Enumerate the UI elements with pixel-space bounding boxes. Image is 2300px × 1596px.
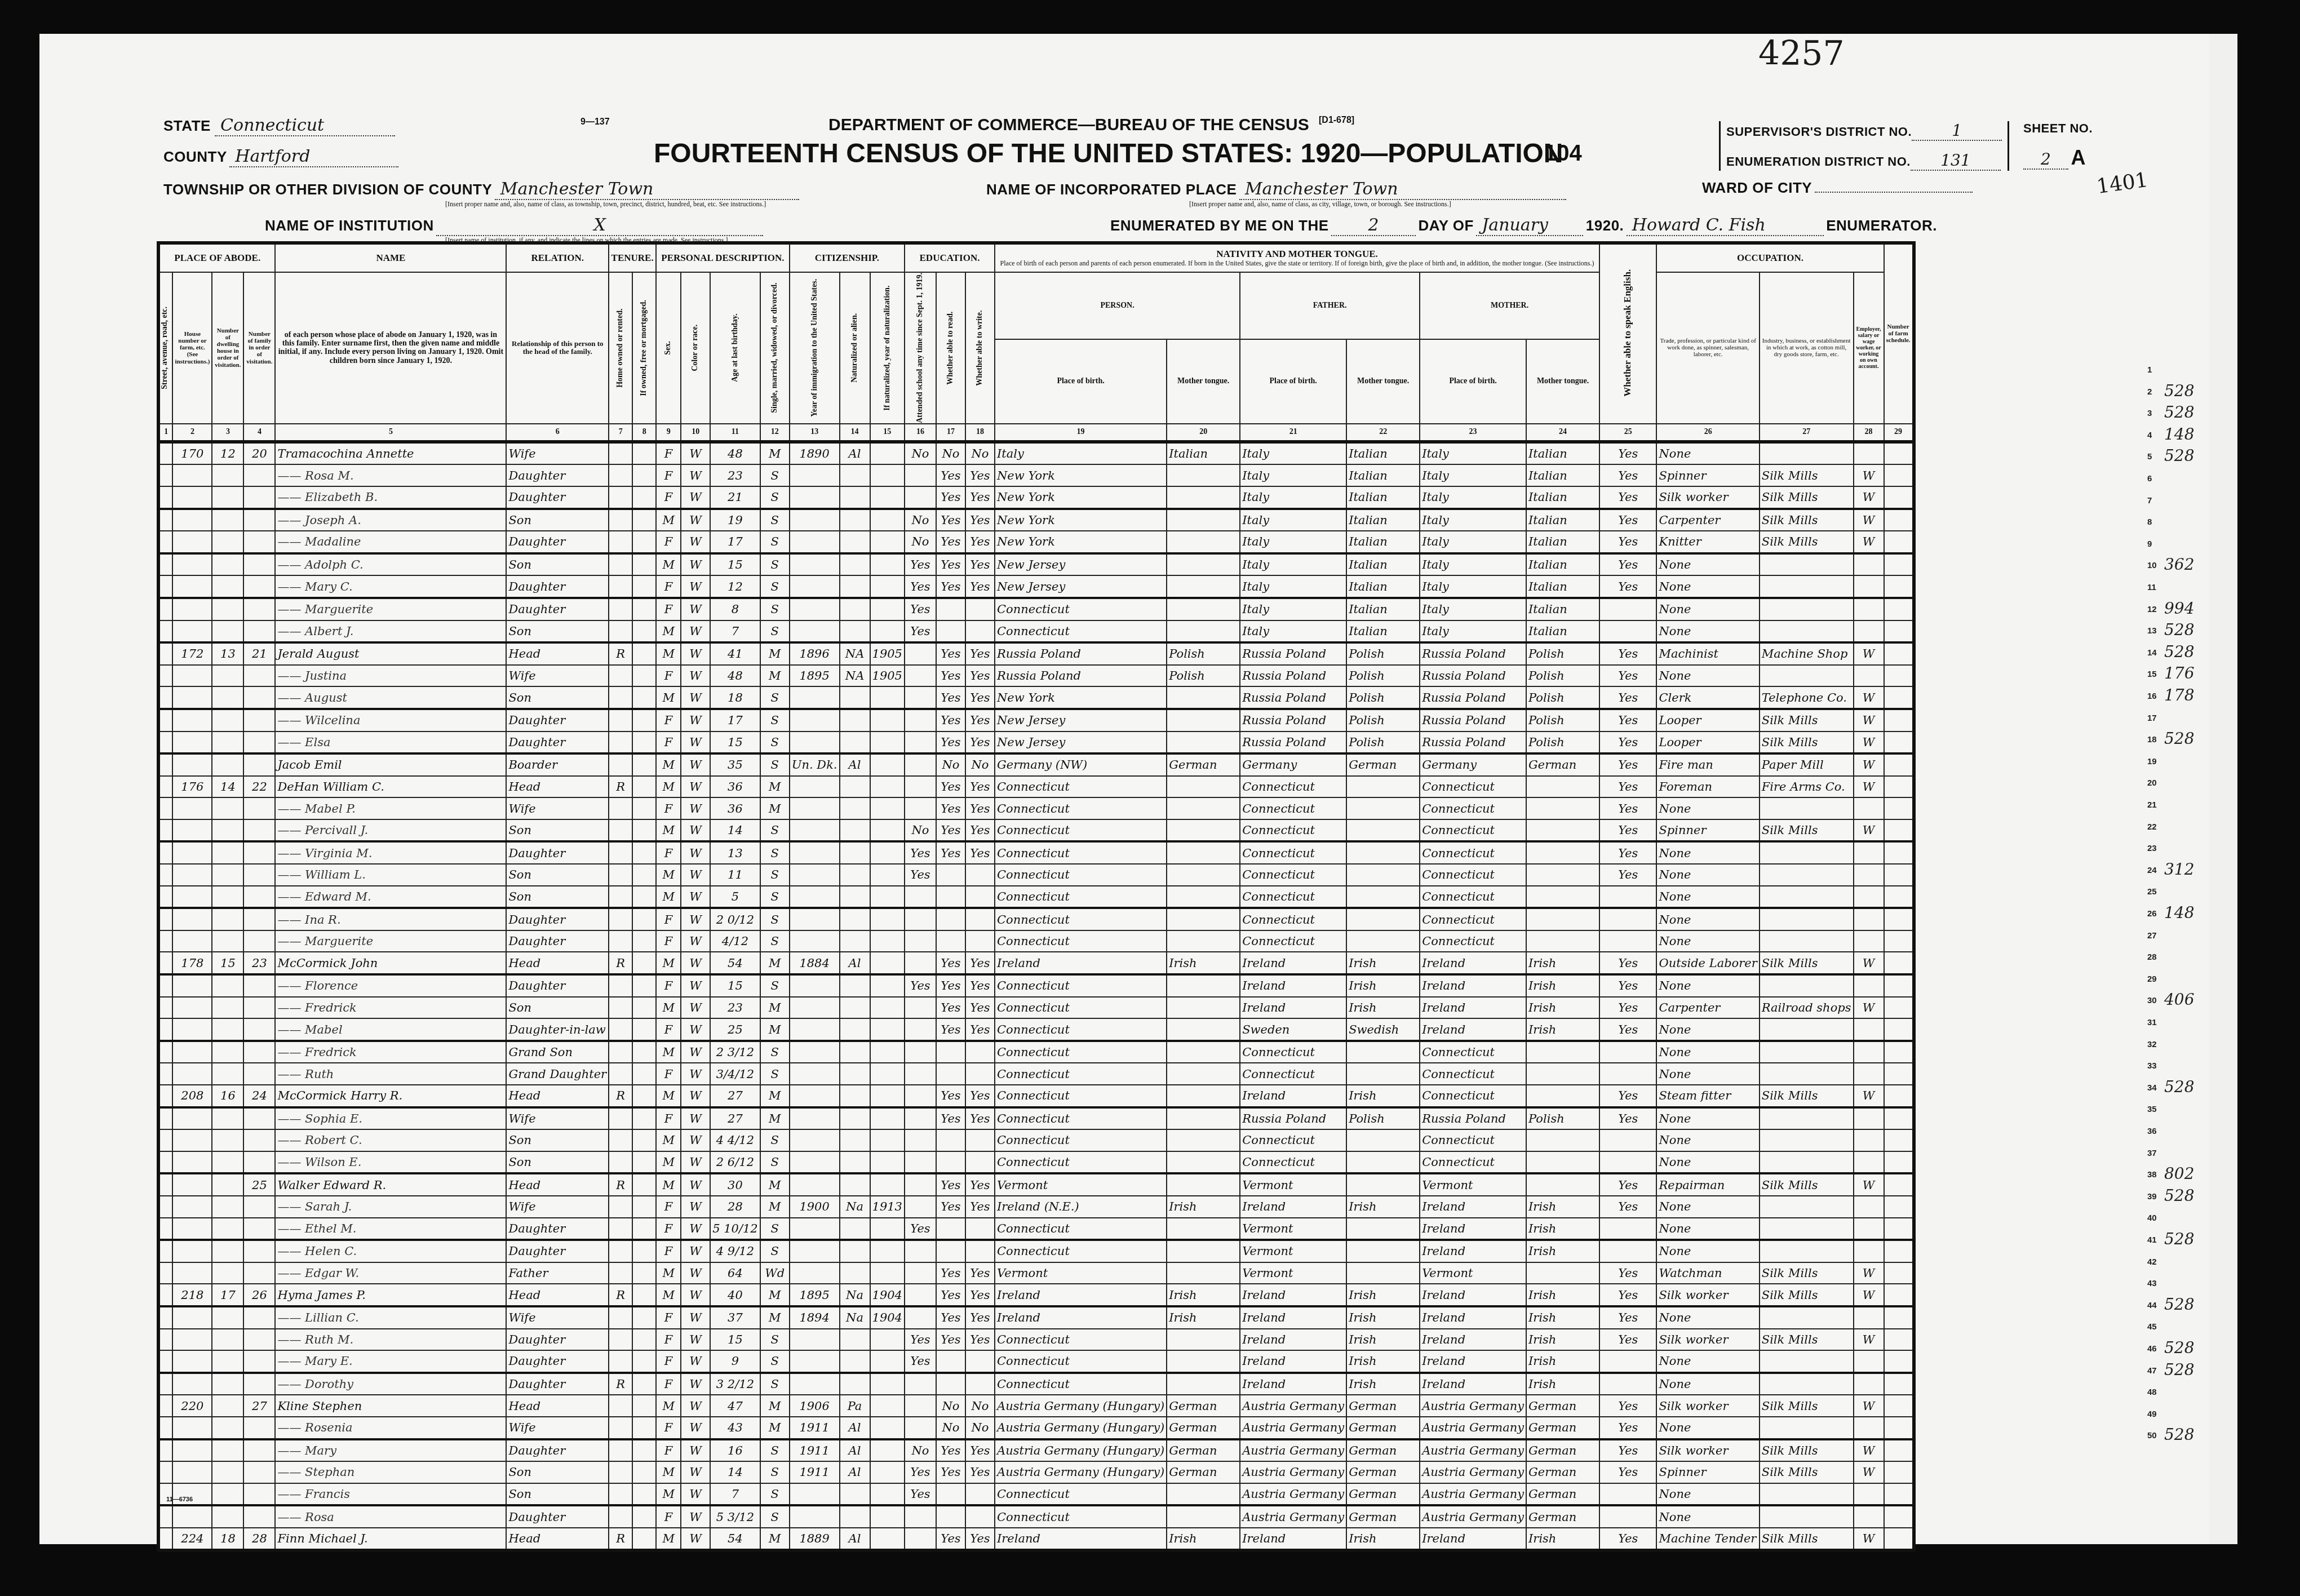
cell-race: W <box>681 1439 710 1462</box>
cell-nat <box>840 598 870 620</box>
cell-dwelling <box>212 732 243 754</box>
cell-read: Yes <box>936 1262 965 1284</box>
cell-house <box>172 686 212 709</box>
cell-f_pob: Austria Germany <box>1240 1461 1346 1483</box>
cell-mort <box>632 1129 656 1151</box>
cell-m_tongue: Irish <box>1526 1218 1599 1240</box>
cell-immig <box>790 1483 840 1506</box>
cell-natyr <box>870 732 905 754</box>
line-number: 36 <box>2147 1127 2157 1136</box>
col-1-header: Street, avenue, road, etc. <box>158 272 172 424</box>
cell-marital: S <box>760 1505 790 1528</box>
line-number: 47 <box>2147 1366 2157 1376</box>
cell-natyr <box>870 997 905 1019</box>
cell-tongue <box>1167 486 1240 509</box>
cell-name: —— Mary E. <box>275 1350 506 1373</box>
cell-read: Yes <box>936 1439 965 1462</box>
cell-pob: Russia Poland <box>995 665 1167 687</box>
cell-f_tongue: Italian <box>1346 553 1420 576</box>
cell-house <box>172 1439 212 1462</box>
census-row: —— Albert J.SonMW7SYesConnecticutItalyIt… <box>158 620 1914 643</box>
line-number: 45 <box>2147 1322 2157 1332</box>
cell-pob: New York <box>995 686 1167 709</box>
census-row: —— Sophia E.WifeFW27MYesYesConnecticutRu… <box>158 1107 1914 1130</box>
line-number: 43 <box>2147 1279 2157 1288</box>
cell-farm <box>1884 930 1914 952</box>
cell-class: W <box>1854 819 1884 842</box>
cell-english <box>1599 1129 1656 1151</box>
cell-school <box>905 642 936 665</box>
census-row: —— Ina R.DaughterFW2 0/12SConnecticutCon… <box>158 908 1914 930</box>
col-27-header: Industry, business, or establishment in … <box>1760 272 1854 424</box>
cell-sex: F <box>656 1306 681 1329</box>
cell-class <box>1854 886 1884 908</box>
cell-street <box>158 442 172 465</box>
cell-street <box>158 1262 172 1284</box>
cell-farm <box>1884 1417 1914 1439</box>
cell-write <box>965 1063 995 1085</box>
cell-farm <box>1884 864 1914 886</box>
cell-class <box>1854 598 1884 620</box>
cell-pob: Vermont <box>995 1173 1167 1196</box>
line-number: 12 <box>2147 605 2157 614</box>
cell-class <box>1854 930 1884 952</box>
cell-trade: None <box>1656 1350 1759 1373</box>
cell-pob: Connecticut <box>995 1218 1167 1240</box>
cell-house <box>172 1373 212 1395</box>
cell-trade: None <box>1656 1218 1759 1240</box>
line-number: 49 <box>2147 1409 2157 1419</box>
cell-mort <box>632 665 656 687</box>
cell-pob: Connecticut <box>995 1483 1167 1506</box>
cell-name: McCormick Harry R. <box>275 1085 506 1107</box>
cell-m_tongue: German <box>1526 753 1599 776</box>
cell-name: Jerald August <box>275 642 506 665</box>
cell-write: Yes <box>965 841 995 864</box>
cell-write: Yes <box>965 797 995 819</box>
cell-m_tongue: Irish <box>1526 1350 1599 1373</box>
cell-school <box>905 709 936 732</box>
state-field: STATE Connecticut <box>163 116 395 136</box>
cell-farm <box>1884 1018 1914 1041</box>
cell-relation: Head <box>506 1173 609 1196</box>
cell-industry <box>1760 620 1854 643</box>
cell-race: W <box>681 776 710 798</box>
cell-family <box>243 464 275 486</box>
cell-english: Yes <box>1599 665 1656 687</box>
incorporated-field: NAME OF INCORPORATED PLACE Manchester To… <box>986 179 1566 209</box>
cell-race: W <box>681 1041 710 1063</box>
cell-industry: Silk Mills <box>1760 531 1854 553</box>
cell-farm <box>1884 531 1914 553</box>
cell-class <box>1854 1505 1884 1528</box>
cell-natyr <box>870 1063 905 1085</box>
cell-m_pob: Ireland <box>1420 952 1526 974</box>
cell-trade: None <box>1656 1483 1759 1506</box>
cell-m_tongue: German <box>1526 1439 1599 1462</box>
cell-english: Yes <box>1599 531 1656 553</box>
cell-mort <box>632 1350 656 1373</box>
cell-read: Yes <box>936 1196 965 1218</box>
cell-english: Yes <box>1599 1173 1656 1196</box>
cell-name: —— Marguerite <box>275 598 506 620</box>
cell-sex: F <box>656 442 681 465</box>
day-of-label: DAY OF <box>1418 217 1473 234</box>
cell-m_tongue: Irish <box>1526 1240 1599 1262</box>
cell-industry: Silk Mills <box>1760 952 1854 974</box>
cell-school <box>905 1063 936 1085</box>
cell-family <box>243 486 275 509</box>
cell-immig: 1889 <box>790 1528 840 1551</box>
cell-trade: None <box>1656 1041 1759 1063</box>
cell-family <box>243 819 275 842</box>
cell-write <box>965 864 995 886</box>
cell-marital: S <box>760 620 790 643</box>
cell-family <box>243 1373 275 1395</box>
cell-race: W <box>681 974 710 997</box>
census-row: 2181726Hyma James P.HeadRMW40M1895Na1904… <box>158 1284 1914 1306</box>
cell-age: 64 <box>710 1262 760 1284</box>
cell-natyr: 1905 <box>870 665 905 687</box>
cell-natyr <box>870 1262 905 1284</box>
cell-immig <box>790 686 840 709</box>
cell-natyr <box>870 1505 905 1528</box>
cell-write: Yes <box>965 1018 995 1041</box>
cell-school: Yes <box>905 841 936 864</box>
census-row: —— Virginia M.DaughterFW13SYesYesYesConn… <box>158 841 1914 864</box>
cell-race: W <box>681 442 710 465</box>
cell-mort <box>632 1240 656 1262</box>
cell-trade: Fire man <box>1656 753 1759 776</box>
cell-natyr <box>870 620 905 643</box>
cell-f_pob: Russia Poland <box>1240 686 1346 709</box>
cell-trade: Spinner <box>1656 1461 1759 1483</box>
cell-name: —— Mabel <box>275 1018 506 1041</box>
cell-family <box>243 1129 275 1151</box>
column-number: 26 <box>1656 424 1759 442</box>
cell-industry <box>1760 1505 1854 1528</box>
cell-read: Yes <box>936 1461 965 1483</box>
cell-house <box>172 1306 212 1329</box>
cell-natyr <box>870 952 905 974</box>
cell-marital: S <box>760 841 790 864</box>
cell-english <box>1599 1218 1656 1240</box>
cell-nat <box>840 908 870 930</box>
cell-dwelling <box>212 486 243 509</box>
cell-industry <box>1760 1350 1854 1373</box>
census-row: —— MargueriteDaughterFW4/12SConnecticutC… <box>158 930 1914 952</box>
cell-age: 35 <box>710 753 760 776</box>
line-number: 38 <box>2147 1170 2157 1180</box>
cell-sex: F <box>656 974 681 997</box>
cell-industry <box>1760 841 1854 864</box>
cell-read <box>936 908 965 930</box>
margin-code: 528 <box>2164 620 2194 639</box>
cell-sex: F <box>656 709 681 732</box>
cell-english <box>1599 1063 1656 1085</box>
cell-house <box>172 1240 212 1262</box>
footer-code: 11—6736 <box>166 1496 193 1503</box>
cell-race: W <box>681 841 710 864</box>
cell-marital: S <box>760 864 790 886</box>
cell-f_tongue: Italian <box>1346 442 1420 465</box>
cell-school <box>905 1129 936 1151</box>
cell-relation: Wife <box>506 797 609 819</box>
cell-age: 40 <box>710 1284 760 1306</box>
cell-industry <box>1760 797 1854 819</box>
cell-f_pob: Vermont <box>1240 1240 1346 1262</box>
cell-dwelling <box>212 1483 243 1506</box>
cell-tongue <box>1167 709 1240 732</box>
cell-relation: Daughter <box>506 709 609 732</box>
cell-farm <box>1884 665 1914 687</box>
cell-pob: Connecticut <box>995 1085 1167 1107</box>
cell-immig <box>790 1107 840 1130</box>
cell-m_pob: Austria Germany <box>1420 1483 1526 1506</box>
cell-pob: Germany (NW) <box>995 753 1167 776</box>
cell-sex: M <box>656 1262 681 1284</box>
cell-relation: Daughter <box>506 1350 609 1373</box>
cell-english <box>1599 886 1656 908</box>
cell-pob: Connecticut <box>995 864 1167 886</box>
cell-m_pob: Vermont <box>1420 1173 1526 1196</box>
cell-name: —— Ruth <box>275 1063 506 1085</box>
col-7-header: Home owned or rented. <box>609 272 632 424</box>
cell-class: W <box>1854 486 1884 509</box>
cell-family <box>243 1240 275 1262</box>
cell-sex: F <box>656 841 681 864</box>
cell-house <box>172 464 212 486</box>
cell-mort <box>632 1417 656 1439</box>
column-number: 3 <box>212 424 243 442</box>
cell-name: Kline Stephen <box>275 1395 506 1417</box>
census-row: 22027Kline StephenHeadMW47M1906PaNoNoAus… <box>158 1395 1914 1417</box>
cell-family: 23 <box>243 952 275 974</box>
cell-race: W <box>681 686 710 709</box>
cell-trade: Carpenter <box>1656 997 1759 1019</box>
cell-relation: Son <box>506 1151 609 1174</box>
column-number-row: 1234567891011121314151617181920212223242… <box>158 424 1914 442</box>
cell-marital: M <box>760 1085 790 1107</box>
cell-m_pob: Connecticut <box>1420 819 1526 842</box>
cell-industry: Silk Mills <box>1760 1528 1854 1551</box>
cell-write: Yes <box>965 665 995 687</box>
cell-street <box>158 819 172 842</box>
cell-class <box>1854 1196 1884 1218</box>
cell-dwelling <box>212 1063 243 1085</box>
cell-natyr: 1905 <box>870 642 905 665</box>
cell-trade: None <box>1656 930 1759 952</box>
cell-tongue <box>1167 620 1240 643</box>
cell-school <box>905 886 936 908</box>
cell-family: 22 <box>243 776 275 798</box>
cell-tongue <box>1167 1085 1240 1107</box>
cell-age: 14 <box>710 1461 760 1483</box>
cell-english: Yes <box>1599 1085 1656 1107</box>
cell-read <box>936 886 965 908</box>
cell-f_tongue: Polish <box>1346 1107 1420 1130</box>
cell-school: Yes <box>905 553 936 576</box>
cell-farm <box>1884 1329 1914 1351</box>
cell-f_pob: Ireland <box>1240 1284 1346 1306</box>
cell-mort <box>632 1018 656 1041</box>
cell-race: W <box>681 1417 710 1439</box>
cell-industry <box>1760 1306 1854 1329</box>
cell-read <box>936 1129 965 1151</box>
cell-class: W <box>1854 997 1884 1019</box>
census-row: —— MargueriteDaughterFW8SYesConnecticutI… <box>158 598 1914 620</box>
cell-name: —— Adolph C. <box>275 553 506 576</box>
cell-m_pob: Connecticut <box>1420 1085 1526 1107</box>
cell-street <box>158 665 172 687</box>
cell-own <box>609 797 632 819</box>
cell-relation: Son <box>506 1129 609 1151</box>
cell-marital: S <box>760 974 790 997</box>
census-row: —— RuthGrand DaughterFW3/4/12SConnecticu… <box>158 1063 1914 1085</box>
cell-relation: Daughter <box>506 598 609 620</box>
cell-nat <box>840 1329 870 1351</box>
line-number: 18 <box>2147 735 2157 744</box>
cell-own <box>609 531 632 553</box>
census-row: —— MaryDaughterFW16S1911AlNoYesYesAustri… <box>158 1439 1914 1462</box>
line-number: 46 <box>2147 1344 2157 1354</box>
cell-industry: Silk Mills <box>1760 1395 1854 1417</box>
cell-relation: Daughter <box>506 1218 609 1240</box>
cell-english: Yes <box>1599 686 1656 709</box>
sheet-number: 2 <box>2023 150 2068 170</box>
cell-tongue <box>1167 1329 1240 1351</box>
incorporated-value: Manchester Town <box>1239 179 1566 200</box>
cell-school: Yes <box>905 620 936 643</box>
cell-farm <box>1884 1461 1914 1483</box>
cell-own <box>609 1483 632 1506</box>
cell-tongue <box>1167 974 1240 997</box>
cell-tongue <box>1167 1041 1240 1063</box>
cell-mort <box>632 974 656 997</box>
cell-english: Yes <box>1599 732 1656 754</box>
cell-house: 218 <box>172 1284 212 1306</box>
cell-family <box>243 1439 275 1462</box>
cell-name: —— Albert J. <box>275 620 506 643</box>
cell-own <box>609 732 632 754</box>
cell-sex: M <box>656 1085 681 1107</box>
cell-name: —— Percivall J. <box>275 819 506 842</box>
cell-trade: Silk worker <box>1656 1439 1759 1462</box>
cell-family <box>243 997 275 1019</box>
cell-natyr <box>870 1085 905 1107</box>
cell-m_tongue: Irish <box>1526 952 1599 974</box>
cell-f_tongue: German <box>1346 1505 1420 1528</box>
cell-tongue <box>1167 1218 1240 1240</box>
column-number: 10 <box>681 424 710 442</box>
cell-tongue <box>1167 1107 1240 1130</box>
cell-f_tongue: Irish <box>1346 1196 1420 1218</box>
cell-english: Yes <box>1599 442 1656 465</box>
cell-nat: Al <box>840 1417 870 1439</box>
cell-class: W <box>1854 1284 1884 1306</box>
cell-dwelling: 17 <box>212 1284 243 1306</box>
cell-read: Yes <box>936 1329 965 1351</box>
cell-f_pob: Austria Germany <box>1240 1505 1346 1528</box>
cell-family <box>243 1041 275 1063</box>
cell-age: 17 <box>710 709 760 732</box>
cell-immig <box>790 974 840 997</box>
cell-mort <box>632 1373 656 1395</box>
cell-natyr <box>870 1151 905 1174</box>
cell-race: W <box>681 464 710 486</box>
cell-race: W <box>681 1395 710 1417</box>
cell-mort <box>632 819 656 842</box>
cell-race: W <box>681 1306 710 1329</box>
cell-mort <box>632 553 656 576</box>
cell-trade: None <box>1656 841 1759 864</box>
cell-m_tongue: Polish <box>1526 709 1599 732</box>
cell-write <box>965 598 995 620</box>
cell-f_pob: Ireland <box>1240 1350 1346 1373</box>
cell-m_pob: Russia Poland <box>1420 709 1526 732</box>
cell-relation: Wife <box>506 665 609 687</box>
cell-immig <box>790 841 840 864</box>
cell-marital: S <box>760 1461 790 1483</box>
cell-immig <box>790 776 840 798</box>
institution-label: NAME OF INSTITUTION <box>265 217 434 234</box>
cell-industry <box>1760 1483 1854 1506</box>
cell-marital: M <box>760 797 790 819</box>
cell-own: R <box>609 1373 632 1395</box>
cell-dwelling <box>212 1395 243 1417</box>
cell-natyr <box>870 1373 905 1395</box>
cell-age: 12 <box>710 575 760 598</box>
cell-school <box>905 753 936 776</box>
cell-street <box>158 709 172 732</box>
cell-read <box>936 1505 965 1528</box>
cell-sex: M <box>656 1284 681 1306</box>
cell-family <box>243 1483 275 1506</box>
cell-write: Yes <box>965 1528 995 1551</box>
cell-write <box>965 1373 995 1395</box>
cell-house: 172 <box>172 642 212 665</box>
cell-read <box>936 1063 965 1085</box>
cell-marital: S <box>760 1373 790 1395</box>
ward-field: WARD OF CITY <box>1702 179 1973 197</box>
cell-f_pob: Connecticut <box>1240 864 1346 886</box>
cell-m_pob: Ireland <box>1420 974 1526 997</box>
cell-nat <box>840 575 870 598</box>
column-number: 16 <box>905 424 936 442</box>
cell-family: 25 <box>243 1173 275 1196</box>
cell-english: Yes <box>1599 1196 1656 1218</box>
cell-tongue: Irish <box>1167 1196 1240 1218</box>
cell-industry: Silk Mills <box>1760 709 1854 732</box>
cell-f_tongue: Irish <box>1346 1306 1420 1329</box>
cell-street <box>158 753 172 776</box>
census-row: —— Helen C.DaughterFW4 9/12SConnecticutV… <box>158 1240 1914 1262</box>
cell-school: Yes <box>905 1461 936 1483</box>
cell-house <box>172 1350 212 1373</box>
cell-own <box>609 1439 632 1462</box>
cell-immig <box>790 1063 840 1085</box>
cell-relation: Wife <box>506 1417 609 1439</box>
cell-read <box>936 930 965 952</box>
cell-age: 48 <box>710 442 760 465</box>
cell-immig: Un. Dk. <box>790 753 840 776</box>
cell-nat <box>840 553 870 576</box>
cell-own <box>609 886 632 908</box>
cell-write: No <box>965 1417 995 1439</box>
col-16-header: Attended school any time since Sept. 1, … <box>905 272 936 424</box>
cell-own <box>609 1107 632 1130</box>
cell-write <box>965 930 995 952</box>
